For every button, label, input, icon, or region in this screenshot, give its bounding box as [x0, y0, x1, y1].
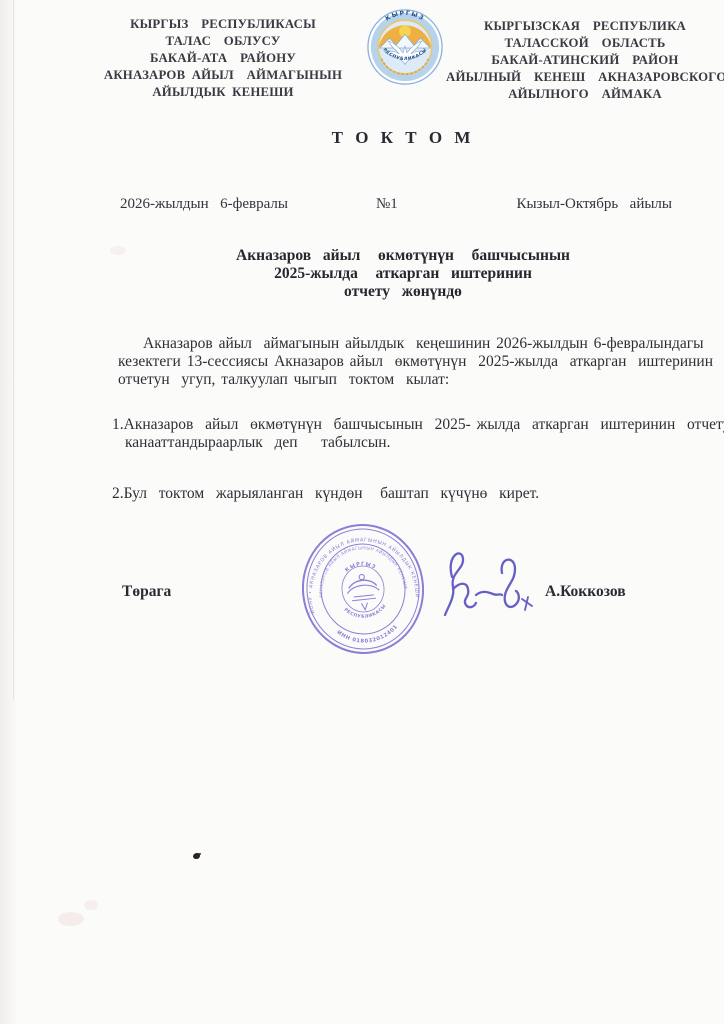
signatory-name: А.Коккозов	[545, 583, 626, 601]
resolution-item-2: 2.Бул токтом жарыяланган күндөн баштап к…	[112, 485, 700, 503]
scan-smudge	[58, 912, 84, 926]
scan-edge-line	[13, 0, 14, 700]
item-line: канааттандыраарлык деп табылсын.	[112, 434, 700, 452]
header-line: АЙЫЛНЫЙ КЕНЕШ АКНАЗАРОВСКОГО	[446, 69, 724, 86]
subject-line: 2025-жылда аткарган иштеринин	[118, 265, 688, 283]
header-right-russian: КЫРГЫЗСКАЯ РЕСПУБЛИКА ТАЛАССКОЙ ОБЛАСТЬ …	[446, 18, 724, 103]
svg-text:КЫРГЫЗ: КЫРГЫЗ	[344, 560, 378, 574]
kyrgyz-state-emblem-icon: КЫРГЫЗ РЕСПУБЛИКАСЫ	[366, 7, 444, 87]
stamp-outer-ring-text: • БАКАЙ-АТА РАЙОНУ • АКНАЗАРОВ АЙЫЛ АЙМА…	[298, 523, 421, 616]
signatory-role: Төрага	[122, 583, 171, 601]
header-line: БАКАЙ-АТИНСКИЙ РАЙОН	[446, 52, 724, 69]
body-line: Акназаров айыл аймагынын айылдык кеңешин…	[118, 335, 694, 353]
handwritten-signature-icon	[436, 543, 536, 628]
header-line: КЫРГЫЗСКАЯ РЕСПУБЛИКА	[446, 18, 724, 35]
subject-line: отчету жөнүндө	[118, 283, 688, 301]
svg-text:• БАКАЙ-АТА РАЙОНУ • АКНАЗАРОВ: • БАКАЙ-АТА РАЙОНУ • АКНАЗАРОВ АЙЫЛ АЙМА…	[298, 523, 421, 616]
stamp-center-bottom-text: РЕСПУБЛИКАСЫ	[342, 603, 388, 622]
document-place: Кызыл-Октябрь айылы	[516, 196, 672, 213]
ink-speck	[193, 853, 200, 859]
document-date: 2026-жылдын 6-февралы	[120, 196, 288, 213]
body-line: кезектеги 13-сессиясы Акназаров айыл өкм…	[118, 353, 694, 371]
subject-line: Акназаров айыл өкмөтүнүн башчысынын	[118, 247, 688, 265]
preamble-paragraph: Акназаров айыл аймагынын айылдык кеңешин…	[118, 335, 694, 389]
header-line: БАКАЙ-АТА РАЙОНУ	[78, 50, 368, 67]
scan-smudge	[84, 900, 98, 910]
resolution-item-1: 1.Акназаров айыл өкмөтүнүн башчысынын 20…	[112, 416, 700, 452]
subject-heading: Акназаров айыл өкмөтүнүн башчысынын 2025…	[118, 247, 688, 301]
stamp-inn-text: ИНН 018032012401	[335, 623, 401, 647]
svg-text:ИНН 018032012401: ИНН 018032012401	[335, 623, 401, 647]
item-line: 1.Акназаров айыл өкмөтүнүн башчысынын 20…	[112, 416, 700, 434]
body-line: отчетун угуп, талкуулап чыгып токтом кыл…	[118, 371, 694, 389]
header-left-kyrgyz: КЫРГЫЗ РЕСПУБЛИКАСЫ ТАЛАС ОБЛУСУ БАКАЙ-А…	[78, 16, 368, 101]
document-title: Т О К Т О М	[118, 128, 688, 148]
item-line: 2.Бул токтом жарыяланган күндөн баштап к…	[112, 485, 700, 503]
stamp-center-top-text: КЫРГЫЗ	[344, 560, 378, 574]
header-line: АЙЫЛНОГО АЙМАКА	[446, 86, 724, 103]
meta-row: 2026-жылдын 6-февралы №1 Кызыл-Октябрь а…	[118, 196, 684, 216]
resolution-items: 1.Акназаров айыл өкмөтүнүн башчысынын 20…	[112, 416, 700, 536]
scanned-decree-page: КЫРГЫЗ РЕСПУБЛИКАСЫ ТАЛАС ОБЛУСУ БАКАЙ-А…	[0, 0, 724, 1024]
document-number: №1	[376, 196, 398, 213]
header-line: КЫРГЫЗ РЕСПУБЛИКАСЫ	[78, 16, 368, 33]
header-line: АЙЫЛДЫК КЕНЕШИ	[78, 84, 368, 101]
header-line: ТАЛАС ОБЛУСУ	[78, 33, 368, 50]
header-line: АКНАЗАРОВ АЙЫЛ АЙМАГЫНЫН	[78, 67, 368, 84]
scan-edge-shading	[0, 0, 18, 1024]
svg-text:РЕСПУБЛИКАСЫ: РЕСПУБЛИКАСЫ	[342, 603, 388, 622]
official-round-stamp-icon: • БАКАЙ-АТА РАЙОНУ • АКНАЗАРОВ АЙЫЛ АЙМА…	[298, 523, 428, 659]
header-line: ТАЛАССКОЙ ОБЛАСТЬ	[446, 35, 724, 52]
